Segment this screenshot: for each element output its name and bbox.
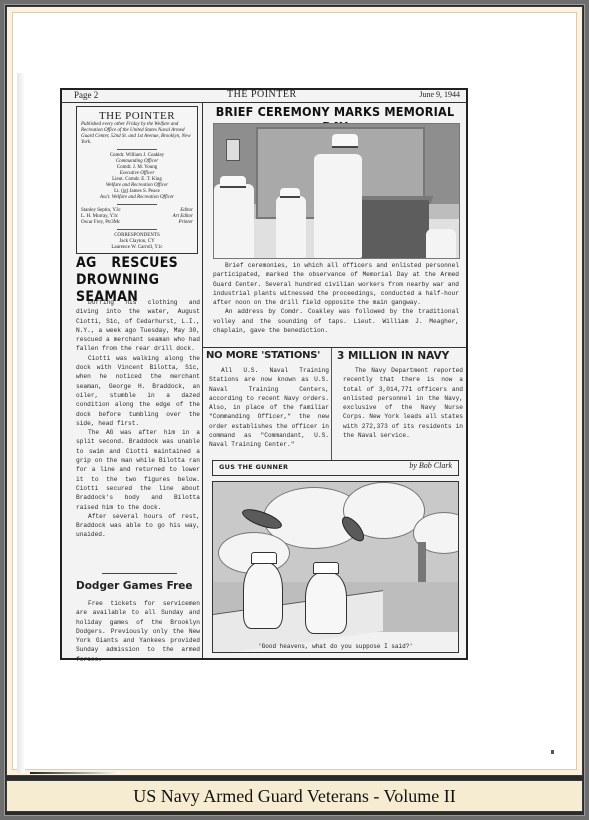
officer-entry: Lieut. Comdr. E. T. King Welfare and Rec… bbox=[77, 177, 197, 189]
officer-name: Comdr. J. M. Young bbox=[117, 165, 157, 170]
page-mark bbox=[551, 750, 554, 754]
divider bbox=[102, 573, 177, 574]
paragraph: All U.S. Naval Training Stations are now… bbox=[209, 366, 329, 450]
navy-article: 3 MILLION IN NAVY The Navy Department re… bbox=[333, 348, 466, 461]
issue-date: June 9, 1944 bbox=[419, 90, 460, 99]
officer-name: Lt. (jg) James S. Peace bbox=[114, 189, 160, 194]
correspondent: Laurence W. Carroll, Y1c bbox=[77, 245, 197, 251]
newspaper-page: Page 2 THE POINTER June 9, 1944 THE POIN… bbox=[60, 88, 468, 660]
comic-panel: 'Good heavens, what do you suppose I sai… bbox=[212, 481, 459, 653]
paragraph: After several hours of rest, Braddock wa… bbox=[76, 512, 200, 540]
masthead-title: THE POINTER bbox=[227, 89, 297, 100]
dodger-article-body: Free tickets for servicemen are availabl… bbox=[76, 599, 200, 664]
memorial-day-article-body: Brief ceremonies, in which all officers … bbox=[213, 261, 459, 335]
officer-name: Comdr. William J. Coakley bbox=[110, 153, 165, 158]
boxhead-title: THE POINTER bbox=[77, 110, 197, 122]
officer-entry: Lt. (jg) James S. Peace Ass't. Welfare a… bbox=[77, 189, 197, 201]
footer-title: US Navy Armed Guard Veterans - Volume II bbox=[133, 786, 455, 807]
comic-byline: by Bob Clark bbox=[409, 461, 452, 470]
sailor-figure bbox=[305, 572, 347, 634]
footer-bar: US Navy Armed Guard Veterans - Volume II bbox=[6, 780, 583, 812]
stations-headline: NO MORE 'STATIONS' bbox=[206, 350, 320, 361]
page-label: Page 2 bbox=[74, 90, 98, 100]
paragraph: The AG was after him in a split second. … bbox=[76, 428, 200, 512]
ceremony-photo bbox=[213, 123, 460, 259]
staff-list: Stanley Septin, Y3cEditor L. H. Murray, … bbox=[77, 208, 197, 226]
paragraph: Free tickets for servicemen are availabl… bbox=[76, 599, 200, 664]
navy-headline: 3 MILLION IN NAVY bbox=[337, 350, 449, 362]
paragraph: An address by Comdr. Coakley was followe… bbox=[213, 307, 459, 335]
left-column: THE POINTER Published every other Friday… bbox=[62, 103, 203, 658]
masthead-box: THE POINTER Published every other Friday… bbox=[76, 106, 198, 254]
divider bbox=[117, 204, 157, 205]
scan-shadow bbox=[17, 73, 25, 773]
comic-title: GUS THE GUNNER bbox=[219, 463, 288, 471]
paragraph: Brief ceremonies, in which all officers … bbox=[213, 261, 459, 307]
navy-article-body: The Navy Department reported recently th… bbox=[343, 366, 463, 440]
dodger-headline: Dodger Games Free bbox=[76, 580, 200, 592]
correspondents: CORRESPONDENTS Jack Clayton, CY Laurence… bbox=[77, 233, 197, 251]
staff-entry: Oscar Frey, Ptr3McPrinter bbox=[81, 220, 193, 226]
rescue-article-body: Doffing his clothing and diving into the… bbox=[76, 298, 200, 540]
scan-smudge bbox=[30, 772, 120, 774]
comic-caption: 'Good heavens, what do you suppose I sai… bbox=[213, 643, 458, 650]
officer-role: Ass't. Welfare and Recreation Officer bbox=[77, 195, 197, 201]
officer-entry: Comdr. J. M. Young Executive Officer bbox=[77, 165, 197, 177]
comic-title-bar: GUS THE GUNNER by Bob Clark bbox=[212, 460, 459, 476]
boxhead-published: Published every other Friday by the Welf… bbox=[77, 122, 197, 146]
officer-entry: Comdr. William J. Coakley Commanding Off… bbox=[77, 153, 197, 165]
right-column: BRIEF CEREMONY MARKS MEMORIAL DAY Brief … bbox=[203, 103, 466, 658]
paragraph: Doffing his clothing and diving into the… bbox=[76, 298, 200, 354]
divider bbox=[117, 229, 157, 230]
sailor-figure bbox=[243, 562, 283, 629]
paragraph: The Navy Department reported recently th… bbox=[343, 366, 463, 440]
paragraph: Ciotti was walking along the dock with V… bbox=[76, 354, 200, 428]
stations-article-body: All U.S. Naval Training Stations are now… bbox=[209, 366, 329, 450]
divider bbox=[117, 149, 157, 150]
officer-name: Lieut. Comdr. E. T. King bbox=[112, 177, 162, 182]
stations-article: NO MORE 'STATIONS' All U.S. Naval Traini… bbox=[203, 348, 332, 461]
masthead-row: Page 2 THE POINTER June 9, 1944 bbox=[62, 90, 466, 103]
